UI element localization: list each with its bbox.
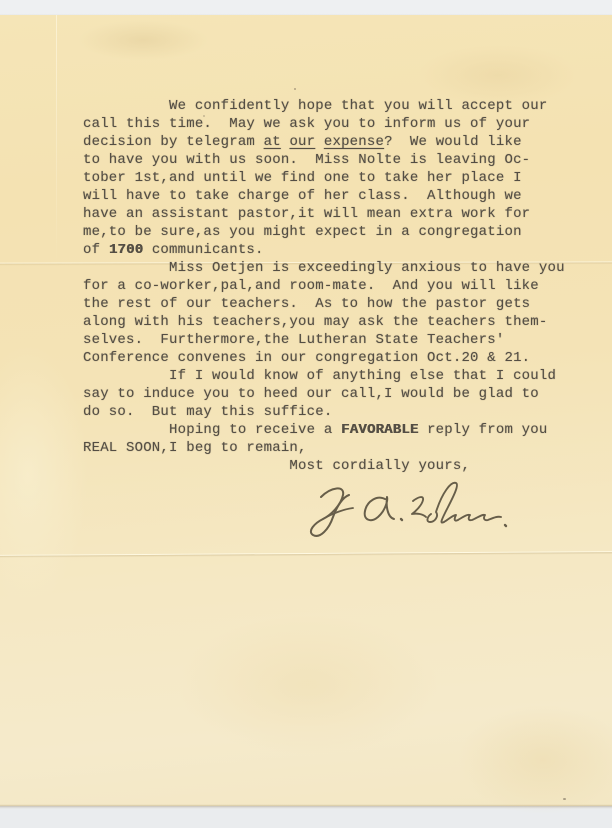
letter-line: If I would know of anything else that I … — [83, 367, 563, 385]
signature-handwriting — [293, 473, 508, 548]
paper-speck — [294, 88, 296, 90]
letter-line: Conference convenes in our congregation … — [83, 349, 563, 367]
letter-line: do so. But may this suffice. — [83, 403, 563, 421]
scanned-letter-page: { "document": { "type": "typewritten-let… — [0, 0, 612, 828]
letter-line: for a co-worker,pal,and room-mate. And y… — [83, 277, 563, 295]
letter-line: say to induce you to heed our call,I wou… — [83, 385, 563, 403]
letter-lines: We confidently hope that you will accept… — [83, 97, 563, 475]
letter-line: me,to be sure,as you might expect in a c… — [83, 223, 563, 241]
letter-line: will have to take charge of her class. A… — [83, 187, 563, 205]
paper-stain — [418, 45, 578, 105]
paper-stain — [458, 705, 612, 815]
paper-stain — [0, 345, 88, 605]
paper-stain — [178, 615, 438, 755]
letter-line: decision by telegram at our expense? We … — [83, 133, 563, 151]
letter-line: to have you with us soon. Miss Nolte is … — [83, 151, 563, 169]
letter-line: selves. Furthermore,the Lutheran State T… — [83, 331, 563, 349]
letter-line: the rest of our teachers. As to how the … — [83, 295, 563, 313]
letter-line: have an assistant pastor,it will mean ex… — [83, 205, 563, 223]
paper-stain — [78, 20, 208, 60]
letter-line: call this time. May we ask you to inform… — [83, 115, 563, 133]
vertical-fold-crease — [56, 15, 57, 265]
letter-line: REAL SOON,I beg to remain, — [83, 439, 563, 457]
letter-paper: We confidently hope that you will accept… — [0, 15, 612, 806]
letter-line: tober 1st,and until we find one to take … — [83, 169, 563, 187]
letter-line: Miss Oetjen is exceedingly anxious to ha… — [83, 259, 563, 277]
letter-line: We confidently hope that you will accept… — [83, 97, 563, 115]
fold-crease-lower — [0, 551, 612, 557]
letter-line: Most cordially yours, — [83, 457, 563, 475]
letter-line: along with his teachers,you may ask the … — [83, 313, 563, 331]
letter-line: Hoping to receive a FAVORABLE reply from… — [83, 421, 563, 439]
letter-line: of 1700 communicants. — [83, 241, 563, 259]
paper-speck — [563, 798, 566, 800]
